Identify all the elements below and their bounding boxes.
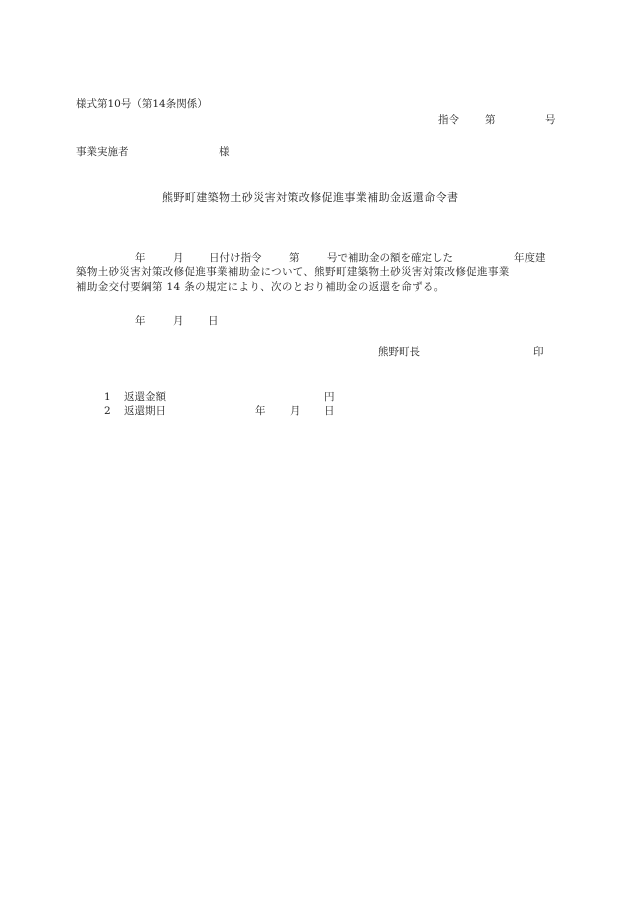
body-nen: 年 xyxy=(135,251,146,265)
body-text: 号で補助金の額を確定した xyxy=(327,251,453,265)
item-1-unit: 円 xyxy=(324,390,335,404)
seal-mark: 印 xyxy=(533,345,544,359)
date-gatsu: 月 xyxy=(173,314,184,328)
item-2-label: 返還期日 xyxy=(124,404,166,418)
item-2-nen: 年 xyxy=(255,404,266,418)
body-nendo: 年度建 xyxy=(514,251,546,265)
ref-dai: 第 xyxy=(485,113,496,127)
ref-prefix: 指令 xyxy=(438,113,459,127)
document-title: 熊野町建築物土砂災害対策改修促進事業補助金返還命令書 xyxy=(162,191,458,205)
item-1-label: 返還金額 xyxy=(124,390,166,404)
date-nen: 年 xyxy=(135,314,146,328)
item-1-number: 1 xyxy=(104,390,111,404)
body-line-2: 築物土砂災害対策改修促進事業補助金について、熊野町建築物土砂災害対策改修促進事業 xyxy=(76,265,510,279)
ref-go: 号 xyxy=(545,113,556,127)
recipient-label: 事業実施者 xyxy=(76,145,129,159)
recipient-suffix: 様 xyxy=(219,145,230,159)
issuer-name: 熊野町長 xyxy=(378,345,420,359)
body-hiduke: 日付け指令 xyxy=(209,251,262,265)
date-nichi: 日 xyxy=(208,314,219,328)
item-2-number: 2 xyxy=(104,404,111,418)
form-number: 様式第10号（第14条関係） xyxy=(76,97,208,111)
document-page: 様式第10号（第14条関係） 指令 第 号 事業実施者 様 熊野町建築物土砂災害… xyxy=(0,0,630,915)
body-gatsu: 月 xyxy=(173,251,184,265)
item-2-gatsu: 月 xyxy=(290,404,301,418)
body-line-3: 補助金交付要綱第 14 条の規定により、次のとおり補助金の返還を命ずる。 xyxy=(76,280,445,294)
item-2-nichi: 日 xyxy=(324,404,335,418)
body-dai: 第 xyxy=(289,251,300,265)
